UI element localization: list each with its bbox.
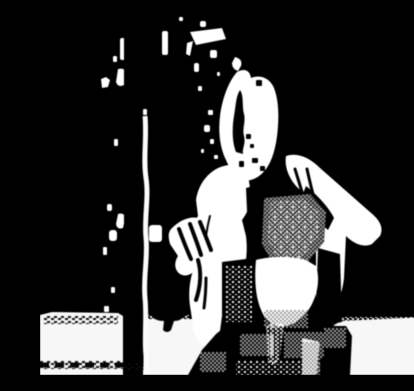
floor-right-top-dither (333, 317, 414, 327)
pole-bottom-dither (124, 363, 144, 370)
pole-highlight-speck (143, 109, 147, 115)
photo-frame: Grainy high-contrast monochrome photogra… (40, 16, 414, 375)
floor-left (40, 312, 128, 375)
hem-strip-dither (302, 342, 320, 375)
light-speck (198, 86, 202, 91)
pole-shaft (124, 16, 144, 367)
light-speck (200, 21, 206, 27)
light-speck (179, 17, 183, 21)
lower-right-column (316, 248, 342, 326)
floor-left-band (40, 361, 128, 369)
pole-bracket (149, 225, 162, 242)
light-speck (194, 63, 199, 72)
floor-left-top-dither (44, 315, 118, 324)
light-speck (113, 56, 117, 62)
photo: Grainy high-contrast monochrome photogra… (40, 16, 414, 375)
light-bar-icon (162, 31, 168, 55)
light-speck (210, 50, 217, 58)
pole-highlight (145, 116, 147, 375)
light-speck (217, 72, 220, 76)
